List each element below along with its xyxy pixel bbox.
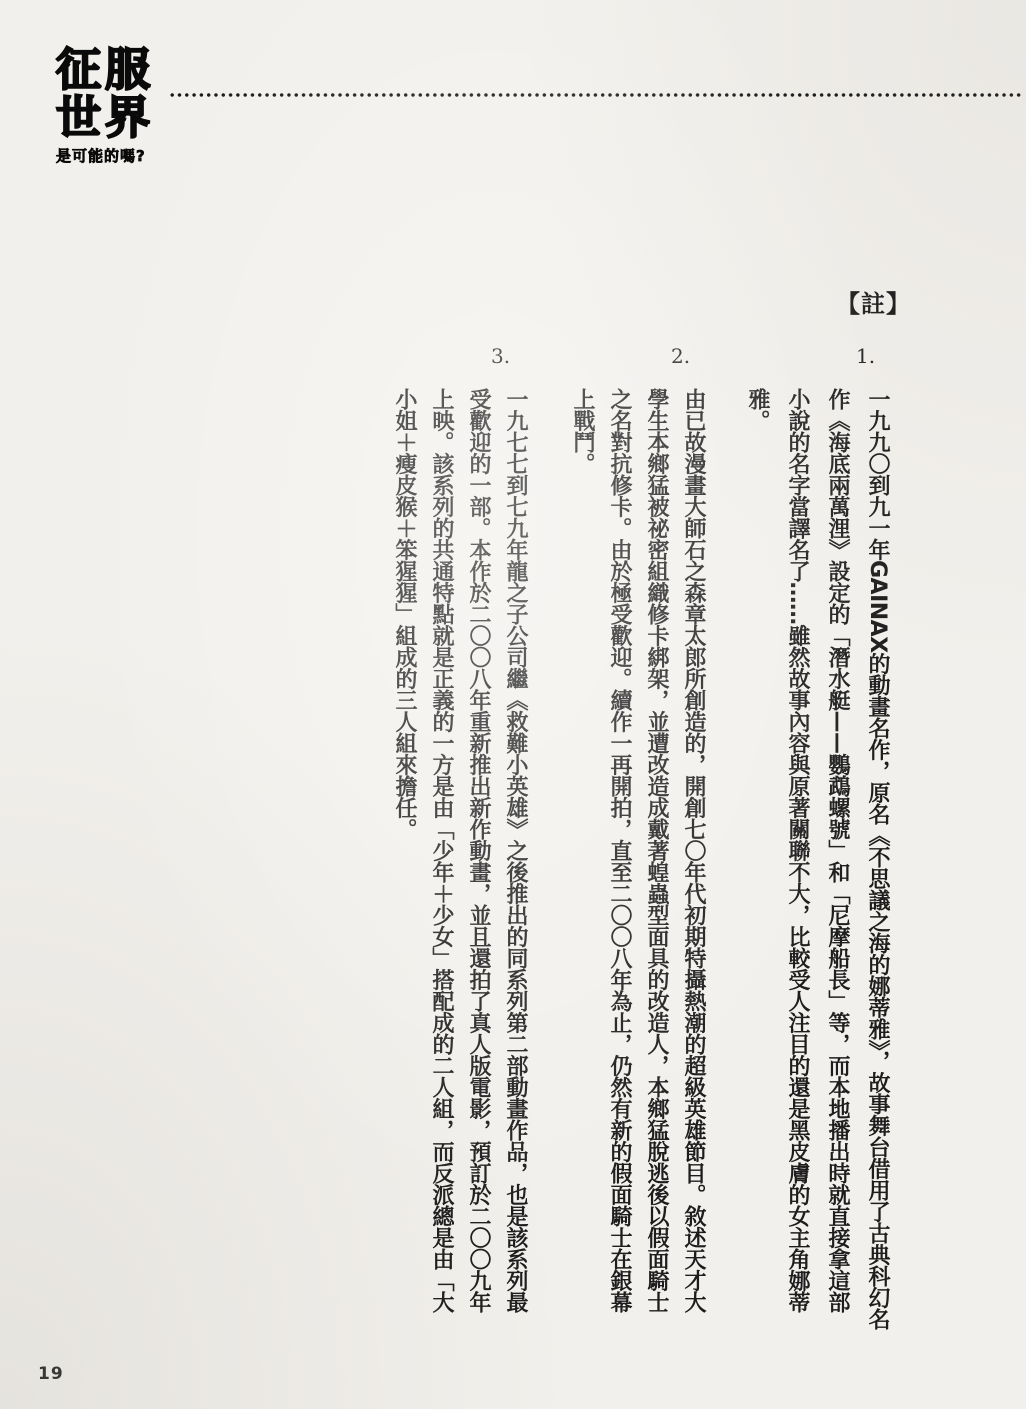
note-column: 小說的名字當譯名了……雖然故事內容與原著關聯不大，比較受人注目的還是黑皮膚的女主… [777, 388, 817, 1330]
logo-tagline: 是可能的嗎? [56, 145, 154, 166]
note-column: 一九七七到七九年龍之子公司繼《救難小英雄》之後推出的同系列第二部動畫作品，也是該… [497, 388, 534, 1313]
logo-text-line1: 征服 [56, 46, 154, 94]
note-3-text: 一九七七到七九年龍之子公司繼《救難小英雄》之後推出的同系列第二部動畫作品，也是該… [386, 388, 534, 1313]
note-1-text: 一九九〇到九一年GAINAX的動畫名作，原名《不思議之海的娜蒂雅》，故事舞台借用… [737, 388, 897, 1330]
note-column: 雅。 [737, 388, 777, 1330]
note-column: 之名對抗修卡。由於極受歡迎。續作一再開拍，直至二〇〇八年為止，仍然有新的假面騎士… [601, 388, 638, 1313]
magazine-logo: 征服 世界 是可能的嗎? [56, 46, 154, 166]
note-2-text: 由已故漫畫大師石之森章太郎所創造的，開創七〇年代初期特攝熱潮的超級英雄節目。敘述… [564, 388, 712, 1313]
note-2-label: 2. [671, 344, 690, 368]
note-3-label: 3. [491, 344, 510, 368]
logo-text-line2: 世界 [56, 94, 154, 142]
dotted-separator [170, 92, 1022, 98]
notes-header: 【註】 [836, 284, 911, 319]
note-column: 上戰鬥。 [564, 388, 601, 1313]
note-column: 受歡迎的一部。本作於二〇〇八年重新推出新作動畫，並且還拍了真人版電影，預訂於二〇… [460, 388, 497, 1313]
note-column: 上映。該系列的共通特點就是正義的一方是由「少年＋少女」搭配成的二人組，而反派總是… [423, 388, 460, 1313]
note-1-label: 1. [856, 344, 875, 368]
note-column: 由已故漫畫大師石之森章太郎所創造的，開創七〇年代初期特攝熱潮的超級英雄節目。敘述… [675, 388, 712, 1313]
page-number: 19 [38, 1364, 64, 1384]
note-column: 學生本鄉猛被祕密組織修卡綁架，並遭改造成戴著蝗蟲型面具的改造人，本鄉猛脫逃後以假… [638, 388, 675, 1313]
note-column: 作《海底兩萬浬》設定的「潛水艇——鸚鵡螺號」和「尼摩船長」等，而本地播出時就直接… [817, 388, 857, 1330]
note-column: 小姐＋瘦皮猴＋笨猩猩」組成的三人組來擔任。 [386, 388, 423, 1313]
note-column: 一九九〇到九一年GAINAX的動畫名作，原名《不思議之海的娜蒂雅》，故事舞台借用… [857, 388, 897, 1330]
scanned-page: 征服 世界 是可能的嗎? 【註】 1. 一九九〇到九一年GAINAX的動畫名作，… [0, 0, 1026, 1409]
